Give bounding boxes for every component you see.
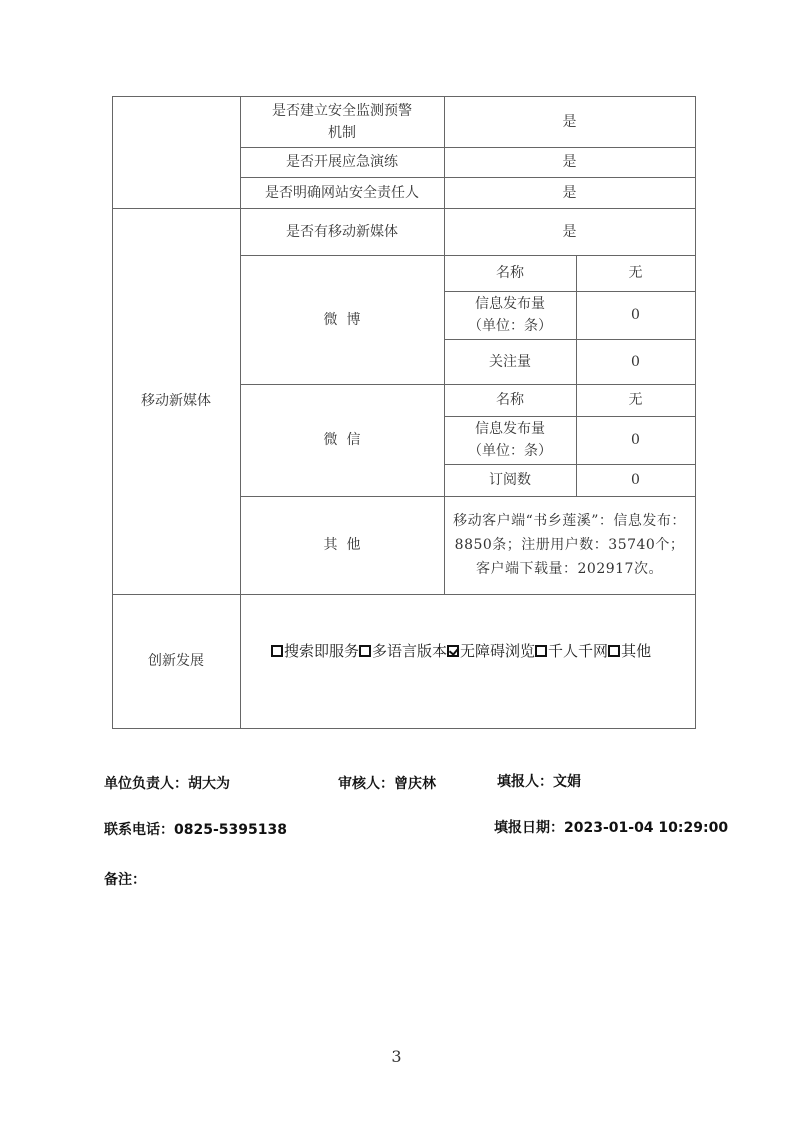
checkbox-icon[interactable] <box>608 645 620 657</box>
option-search-as-service[interactable]: 搜索即服务 <box>271 642 359 660</box>
filler: 填报人：文娟 <box>497 771 581 791</box>
security-owner-label: 是否明确网站安全责任人 <box>240 177 444 208</box>
has-mobile-media-value: 是 <box>444 208 695 255</box>
security-monitoring-label: 是否建立安全监测预警机制 <box>240 96 444 147</box>
weibo-followers-label: 关注量 <box>444 339 576 384</box>
other-media-value: 移动客户端“书乡莲溪”：信息发布：8850条；注册用户数：35740个；客户端下… <box>444 496 695 594</box>
security-owner-value: 是 <box>444 177 695 208</box>
wechat-posts-value: 0 <box>576 416 695 464</box>
has-mobile-media-label: 是否有移动新媒体 <box>240 208 444 255</box>
checkbox-icon[interactable] <box>535 645 547 657</box>
wechat-subscribers-value: 0 <box>576 464 695 496</box>
weibo-label: 微 博 <box>240 255 444 384</box>
other-media-label: 其 他 <box>240 496 444 594</box>
option-multilingual[interactable]: 多语言版本 <box>359 642 447 660</box>
table-border-right <box>695 96 696 728</box>
unit-head: 单位负责人：胡大为 <box>104 773 230 793</box>
wechat-label: 微 信 <box>240 384 444 496</box>
wechat-posts-label: 信息发布量（单位：条） <box>444 416 576 464</box>
option-other[interactable]: 其他 <box>608 642 651 660</box>
weibo-name-value: 无 <box>576 255 695 291</box>
mobile-media-section-label: 移动新媒体 <box>112 208 240 594</box>
emergency-drill-value: 是 <box>444 147 695 177</box>
remarks-label: 备注： <box>104 869 146 889</box>
reviewer: 审核人：曾庆林 <box>338 773 436 793</box>
innovation-section-label: 创新发展 <box>112 594 240 728</box>
page-number: 3 <box>0 1047 793 1066</box>
checkbox-icon[interactable] <box>359 645 371 657</box>
security-monitoring-value: 是 <box>444 96 695 147</box>
emergency-drill-label: 是否开展应急演练 <box>240 147 444 177</box>
weibo-posts-value: 0 <box>576 291 695 339</box>
wechat-name-label: 名称 <box>444 384 576 416</box>
weibo-followers-value: 0 <box>576 339 695 384</box>
weibo-posts-label: 信息发布量（单位：条） <box>444 291 576 339</box>
table-border-bottom <box>112 728 696 729</box>
fill-date: 填报日期：2023-01-04 10:29:00 <box>494 817 728 837</box>
checkbox-icon[interactable] <box>271 645 283 657</box>
wechat-name-value: 无 <box>576 384 695 416</box>
option-accessibility[interactable]: 无障碍浏览 <box>447 642 535 660</box>
weibo-name-label: 名称 <box>444 255 576 291</box>
wechat-subscribers-label: 订阅数 <box>444 464 576 496</box>
option-personalized[interactable]: 千人千网 <box>535 642 608 660</box>
innovation-options: 搜索即服务多语言版本无障碍浏览千人千网其他 <box>271 640 651 661</box>
checkbox-checked-icon[interactable] <box>447 645 459 657</box>
contact-phone: 联系电话：0825-5395138 <box>104 819 287 839</box>
